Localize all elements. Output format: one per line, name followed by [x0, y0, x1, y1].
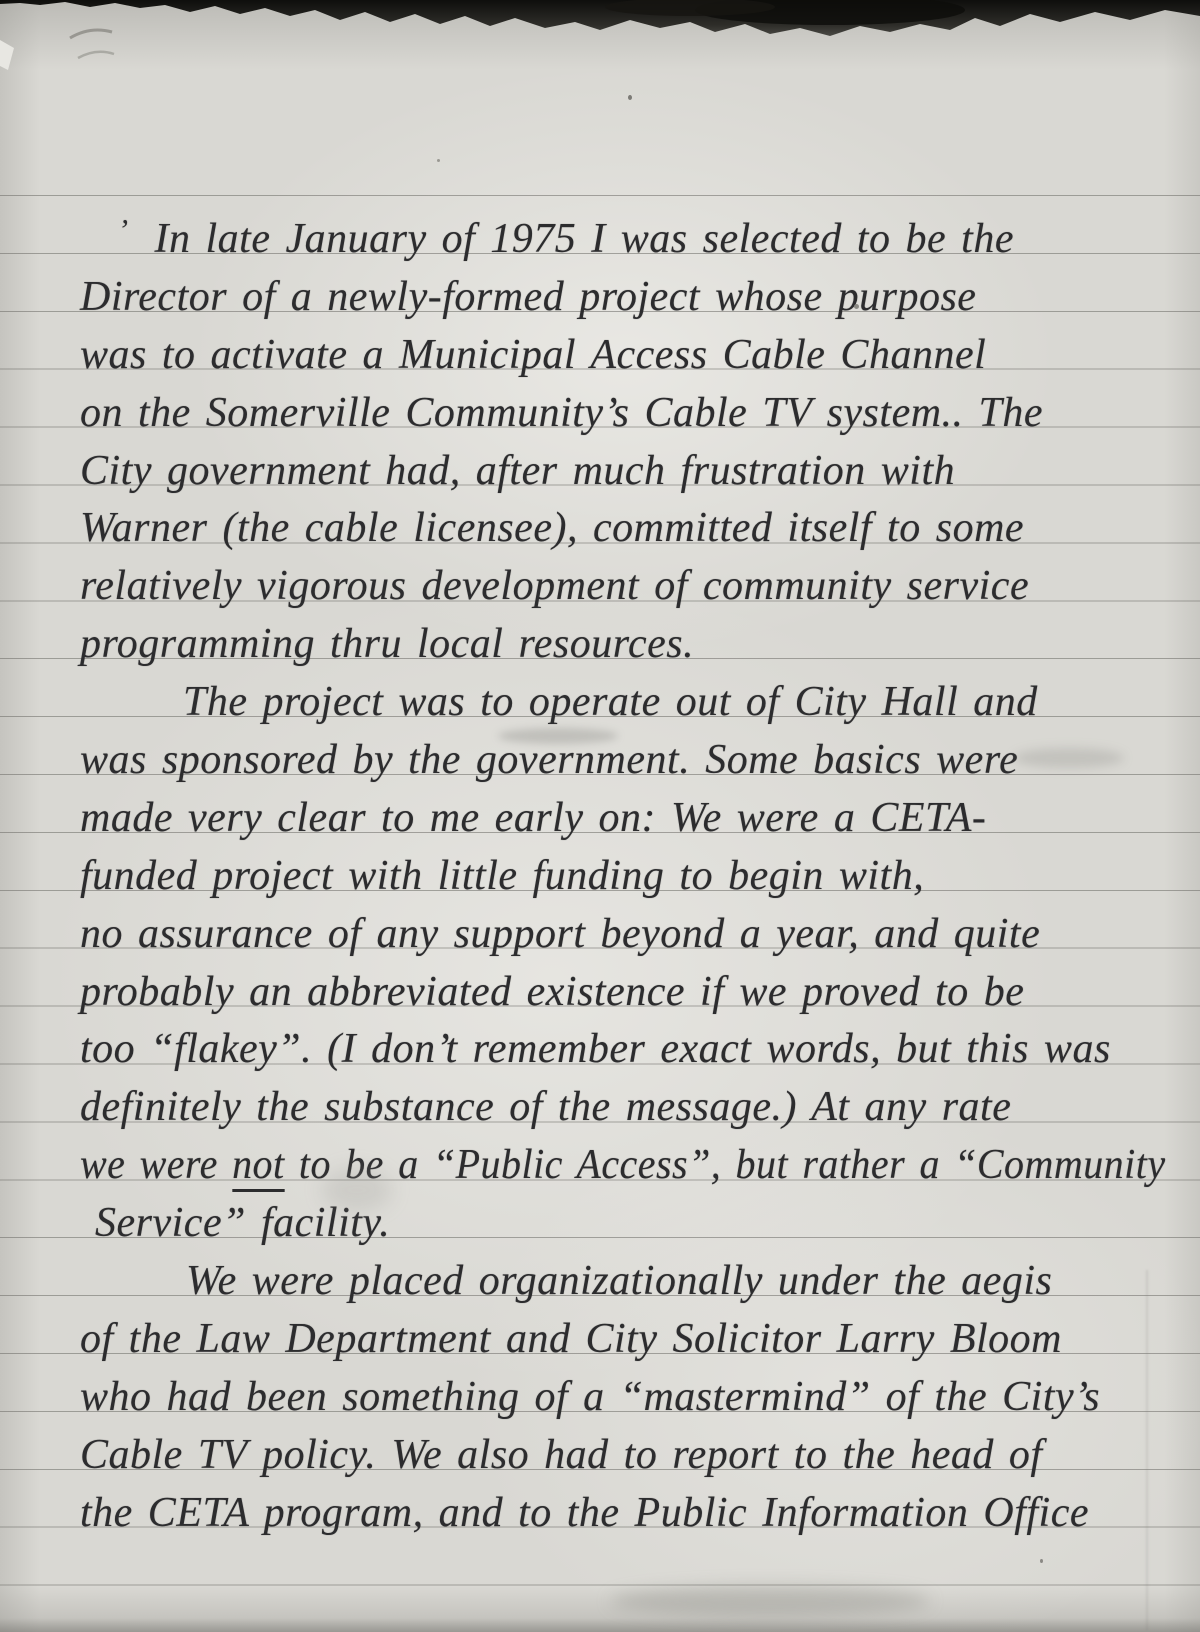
handwritten-line: was sponsored by the government. Some ba…	[80, 735, 1018, 785]
handwritten-line: The project was to operate out of City H…	[183, 677, 1038, 727]
handwritten-page: ʼIn late January of 1975 I was selected …	[0, 0, 1200, 1632]
handwritten-line: funded project with little funding to be…	[80, 851, 924, 901]
handwritten-line: City government had, after much frustrat…	[80, 446, 955, 496]
underlined-word: not	[232, 1142, 285, 1192]
handwritten-line: probably an abbreviated existence if we …	[80, 967, 1024, 1017]
stray-ink-mark: ʼ	[118, 206, 129, 256]
handwritten-line: Director of a newly-formed project whose…	[80, 272, 976, 322]
handwritten-line: programming thru local resources.	[80, 619, 694, 669]
handwritten-line: no assurance of any support beyond a yea…	[80, 909, 1040, 959]
handwritten-line: made very clear to me early on: We were …	[80, 793, 986, 843]
handwritten-line: relatively vigorous development of commu…	[80, 561, 1029, 611]
handwritten-line: definitely the substance of the message.…	[80, 1082, 1011, 1132]
handwritten-line: too “flakey”. (I don’t remember exact wo…	[80, 1024, 1111, 1074]
handwritten-line: who had been something of a “mastermind”…	[80, 1372, 1100, 1422]
line-text: we were	[80, 1142, 232, 1188]
handwritten-line: on the Somerville Community’s Cable TV s…	[80, 388, 1043, 438]
handwritten-line: we were not to be a “Public Access”, but…	[80, 1140, 1166, 1190]
handwritten-line: of the Law Department and City Solicitor…	[80, 1314, 1062, 1364]
line-text: In late January of 1975 I was selected t…	[155, 216, 1014, 262]
handwriting-layer: ʼIn late January of 1975 I was selected …	[0, 0, 1200, 1632]
handwritten-line: Service” facility.	[95, 1198, 390, 1248]
handwritten-line: was to activate a Municipal Access Cable…	[80, 330, 986, 380]
paper-crease	[1146, 1270, 1148, 1630]
line-text: to be a “Public Access”, but rather a “C…	[285, 1142, 1166, 1188]
handwritten-line: the CETA program, and to the Public Info…	[80, 1488, 1089, 1538]
handwritten-line: Cable TV policy. We also had to report t…	[80, 1430, 1043, 1480]
handwritten-line: We were placed organizationally under th…	[186, 1256, 1052, 1306]
handwritten-line: ʼIn late January of 1975 I was selected …	[118, 214, 1014, 268]
handwritten-line: Warner (the cable licensee), committed i…	[80, 503, 1024, 553]
